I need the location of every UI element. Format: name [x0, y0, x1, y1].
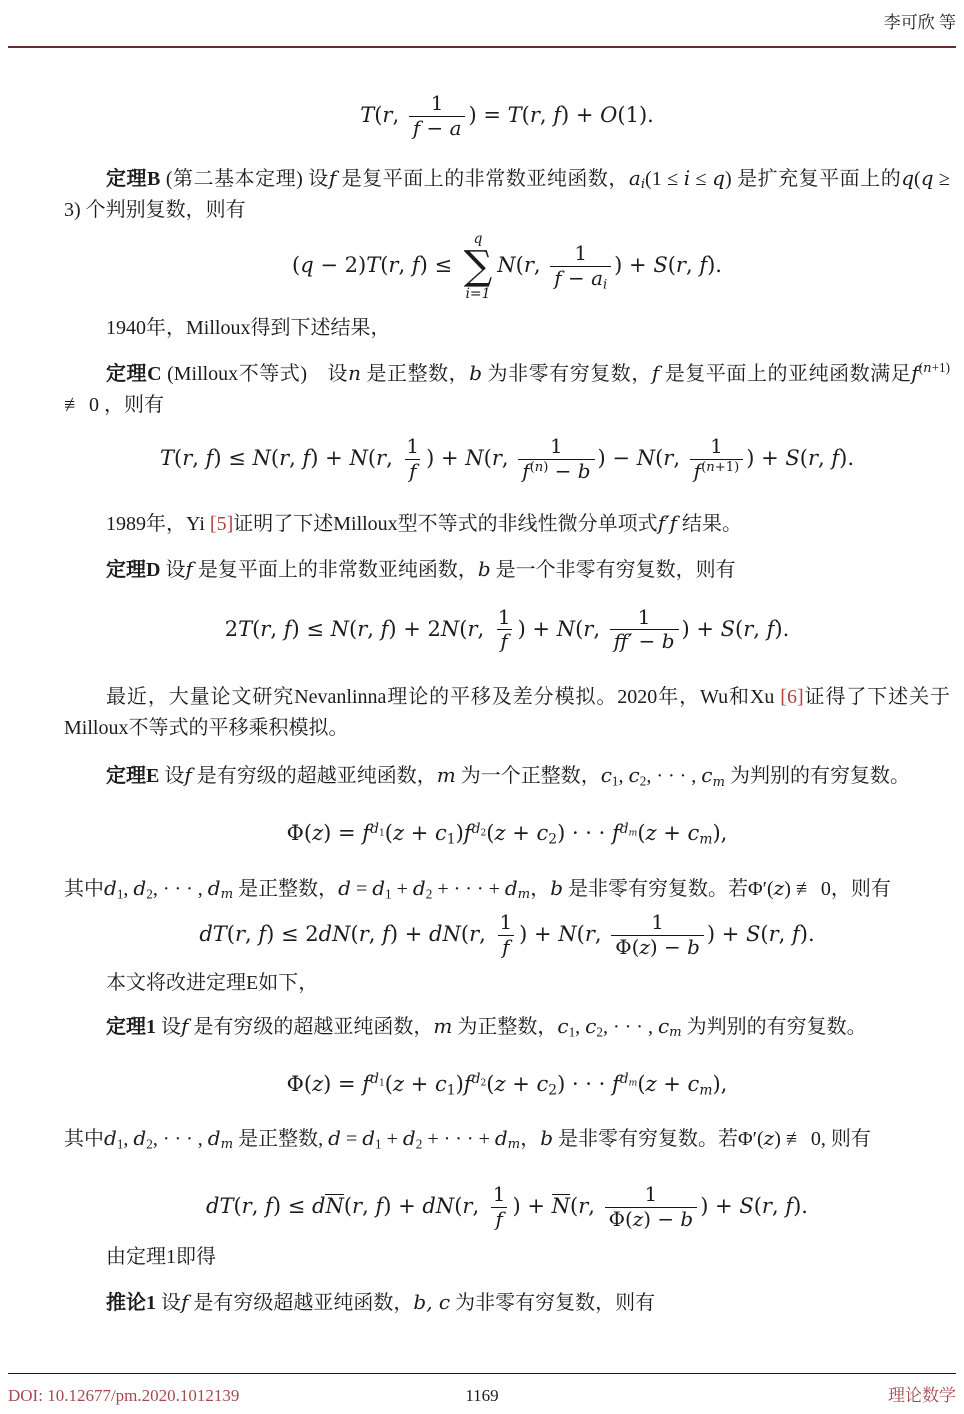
- text-run: 是有穷级的超越亚纯函数，: [188, 1016, 433, 1038]
- text-run: 其中: [64, 878, 104, 900]
- math-variable: dN: [429, 922, 461, 946]
- numerator: 1: [647, 911, 668, 935]
- text-run: ,: [593, 616, 606, 640]
- subscript: 2: [548, 832, 557, 848]
- subscript: m: [221, 1136, 234, 1151]
- subscript: 1: [612, 774, 619, 789]
- math-variable: f: [464, 1072, 472, 1096]
- text-run: ，: [520, 1128, 540, 1150]
- math-variable: d: [208, 876, 221, 900]
- math-variable: f: [501, 629, 508, 653]
- subscript: 1: [375, 1136, 382, 1151]
- text-run: +: [382, 1128, 403, 1150]
- math-variable: c: [536, 1072, 548, 1096]
- math-variable: z: [774, 876, 785, 900]
- math-variable: f: [184, 763, 191, 787]
- formula-theorem-1: dT(r, f) ≤ dN(r, f) + dN(r, 1f) + N(r, 1…: [64, 1183, 950, 1232]
- denominator: f: [491, 1207, 506, 1232]
- text-run: 是复平面上的非常数亚纯函数，: [193, 559, 478, 581]
- text-run: 1: [375, 1136, 382, 1151]
- math-variable: b: [550, 876, 563, 900]
- fraction: 1f: [402, 435, 423, 484]
- text-run: (: [484, 446, 492, 470]
- text-run: ≢ 0 ，则有: [64, 394, 164, 416]
- text-run: ,: [540, 103, 553, 127]
- fraction: 1Φ(z) − b: [611, 911, 704, 960]
- text-run: (Milloux不等式) 设: [162, 363, 349, 385]
- text-run: 是正整数，: [233, 878, 338, 900]
- text-run: 2: [146, 886, 153, 901]
- text-run: (: [754, 1194, 762, 1218]
- math-variable: T: [508, 103, 522, 127]
- text-run: 是一个非零有穷复数，则有: [491, 559, 736, 581]
- paragraph-where-conditions-1: 其中d1, d2, · · · , dm 是正整数，d = d1 + d2 + …: [64, 873, 950, 905]
- text-run: ,: [252, 1194, 265, 1218]
- math-variable: c: [601, 763, 612, 787]
- page-number: 1169: [422, 1386, 542, 1406]
- math-variable: r: [467, 616, 477, 640]
- math-variable: m: [629, 1078, 638, 1088]
- math-variable: f: [362, 1072, 370, 1096]
- subscript: m: [669, 1024, 682, 1039]
- fraction: 1f − a: [409, 92, 466, 141]
- paragraph-theorem-b: 定理B (第二基本定理) 设f 是复平面上的非常数亚纯函数，ai(1 ≤ i ≤…: [64, 163, 950, 226]
- text-run: (: [233, 1194, 241, 1218]
- math-variable: f: [554, 266, 561, 290]
- text-run: 1: [447, 1082, 456, 1098]
- math-variable: m: [518, 887, 531, 902]
- math-variable: b: [469, 361, 482, 385]
- math-variable: r: [469, 922, 479, 946]
- math-variable: b: [478, 557, 491, 581]
- math-variable: b: [687, 935, 700, 959]
- text-run: −: [562, 266, 591, 290]
- math-variable: N: [637, 446, 655, 470]
- text-run: ) ≤ 2: [266, 922, 319, 946]
- math-variable: f: [911, 361, 918, 385]
- math-variable: r: [583, 616, 593, 640]
- text-run: 1: [651, 910, 664, 934]
- math-variable: d: [362, 1126, 375, 1150]
- math-variable: d: [338, 876, 351, 900]
- theorem-label: 定理1: [106, 1016, 156, 1038]
- math-variable: r: [769, 922, 779, 946]
- math-variable: f: [258, 922, 266, 946]
- math-variable: S: [739, 1194, 753, 1218]
- text-run: =: [341, 1128, 362, 1150]
- math-variable: N: [557, 616, 575, 640]
- text-run: ): [456, 821, 464, 845]
- math-variable: S: [721, 616, 735, 640]
- text-run: ,: [123, 878, 133, 900]
- superscript: d2: [472, 821, 487, 837]
- formula-milloux-inequality: T(r, f) ≤ N(r, f) + N(r, 1f) + N(r, 1f(n…: [64, 435, 950, 484]
- text-run: 设: [156, 1016, 181, 1038]
- math-variable: f′f: [658, 511, 677, 535]
- math-variable: N: [331, 616, 349, 640]
- formula-theorem-e: dT(r, f) ≤ 2dN(r, f) + dN(r, 1f) + N(r, …: [64, 911, 950, 960]
- text-run: +: [392, 878, 413, 900]
- denominator: f(n) − b: [518, 459, 594, 484]
- math-variable: n: [923, 361, 932, 376]
- math-variable: a: [629, 166, 641, 190]
- math-variable: d: [372, 876, 385, 900]
- text-run: 1989年，Yi: [106, 513, 210, 535]
- text-run: (第二基本定理) 设: [160, 168, 328, 190]
- text-run: ) =: [468, 103, 507, 127]
- numerator: 1: [495, 911, 516, 935]
- text-run: Φ(: [609, 1207, 633, 1231]
- subscript: 1: [385, 886, 392, 901]
- text-run: 是复平面上的非常数亚纯函数，: [336, 168, 629, 190]
- fraction: 1f(n) − b: [518, 435, 594, 484]
- math-variable: dT: [206, 1194, 233, 1218]
- text-run: ) −: [598, 446, 637, 470]
- text-run: ),: [712, 821, 727, 845]
- fraction: 1ff′ − b: [610, 606, 679, 655]
- text-run: ) =: [323, 821, 362, 845]
- paragraph-theorem-1: 定理1 设f 是有穷级的超越亚纯函数，m 为正整数，c1, c2, · · · …: [64, 1011, 950, 1043]
- math-variable: a: [450, 116, 462, 140]
- text-run: , · · · ,: [153, 878, 208, 900]
- math-variable: r: [663, 446, 673, 470]
- text-run: +: [506, 1072, 537, 1096]
- math-variable: r: [382, 103, 392, 127]
- text-run: 2: [225, 616, 238, 640]
- text-run: 1: [645, 1182, 658, 1206]
- text-run: 本文将改进定理E如下，: [106, 972, 318, 994]
- math-variable: r: [743, 616, 753, 640]
- math-variable: z: [494, 821, 505, 845]
- text-run: +: [506, 821, 537, 845]
- text-run: −: [548, 459, 577, 483]
- math-variable: d: [370, 821, 379, 837]
- math-variable: z: [646, 1072, 657, 1096]
- math-variable: z: [393, 821, 404, 845]
- math-variable: r: [462, 1194, 472, 1218]
- math-variable: r: [260, 616, 270, 640]
- math-variable: f: [185, 557, 192, 581]
- math-variable: d: [104, 876, 117, 900]
- theorem-label: 定理B: [106, 168, 160, 190]
- math-variable: m: [629, 828, 638, 838]
- text-run: (: [570, 1194, 578, 1218]
- text-run: ,: [362, 1194, 375, 1218]
- math-variable: i: [603, 277, 607, 292]
- math-variable: f: [612, 821, 620, 845]
- text-run: ，: [530, 878, 550, 900]
- math-variable: m: [433, 1014, 452, 1038]
- text-run: 为非零有穷复数，则有: [450, 1292, 655, 1314]
- math-variable: q: [712, 166, 725, 190]
- math-variable: f: [382, 922, 390, 946]
- math-variable: m: [508, 1137, 521, 1152]
- text-run: ≤: [690, 168, 712, 190]
- text-run: ).: [839, 446, 854, 470]
- numerator: 1: [494, 606, 515, 630]
- text-run: (: [349, 616, 357, 640]
- text-run: +: [404, 1072, 435, 1096]
- text-run: + · · · +: [422, 1128, 495, 1150]
- math-variable: c: [688, 821, 700, 845]
- math-variable: f: [409, 459, 416, 483]
- math-variable: m: [699, 832, 712, 848]
- math-variable: r: [352, 1194, 362, 1218]
- math-variable: r: [808, 446, 818, 470]
- fraction: 1f: [489, 1183, 510, 1232]
- fraction: 1f(n+1): [690, 435, 744, 484]
- text-run: ,: [534, 253, 547, 277]
- math-variable: r: [376, 446, 386, 470]
- text-run: (1 ≤: [645, 168, 684, 190]
- text-run: ,: [478, 616, 491, 640]
- math-variable: r: [676, 253, 686, 277]
- math-variable: f: [699, 253, 707, 277]
- math-variable: m: [221, 1137, 234, 1152]
- text-run: (: [522, 103, 530, 127]
- math-variable: c: [435, 821, 447, 845]
- text-run: 1: [493, 1182, 506, 1206]
- text-run: (: [577, 922, 585, 946]
- text-run: ) −: [643, 1207, 680, 1231]
- math-variable: a: [591, 266, 603, 290]
- math-variable: N: [349, 446, 367, 470]
- text-run: 1: [431, 91, 444, 115]
- text-run: 其中: [64, 1128, 104, 1150]
- text-run: Φ(: [615, 935, 639, 959]
- text-run: ,: [502, 446, 515, 470]
- text-run: (: [637, 1072, 645, 1096]
- paragraph-where-conditions-2: 其中d1, d2, · · · , dm 是正整数, d = d1 + d2 +…: [64, 1123, 950, 1155]
- text-run: ) +: [614, 253, 653, 277]
- subscript: m: [713, 774, 726, 789]
- math-variable: d: [495, 1126, 508, 1150]
- math-variable: q: [901, 166, 914, 190]
- text-run: +: [657, 821, 688, 845]
- text-run: −: [632, 629, 661, 653]
- text-run: (: [385, 1072, 393, 1096]
- text-run: 1: [638, 605, 651, 629]
- text-run: 是非零有穷复数。若Φ′(: [553, 1128, 764, 1150]
- text-run: (1).: [617, 103, 653, 127]
- math-variable: q: [921, 166, 934, 190]
- text-run: ) +: [746, 446, 785, 470]
- text-run: 1940年，Milloux得到下述结果，: [106, 317, 390, 339]
- text-run: ) ≤: [213, 446, 252, 470]
- denominator: Φ(z) − b: [611, 935, 704, 960]
- math-variable: r: [762, 1194, 772, 1218]
- text-run: (: [385, 821, 393, 845]
- math-variable: S: [653, 253, 667, 277]
- text-run: 2: [548, 1082, 557, 1098]
- text-run: 是有穷级超越亚纯函数，: [188, 1292, 413, 1314]
- text-run: 设: [159, 765, 184, 787]
- text-run: 1: [406, 434, 419, 458]
- text-run: , · · · ,: [603, 1016, 658, 1038]
- text-run: ,: [289, 446, 302, 470]
- text-run: 是正整数,: [233, 1128, 328, 1150]
- math-variable: c: [536, 821, 548, 845]
- fraction: 1Φ(z) − b: [605, 1183, 698, 1232]
- math-variable: z: [633, 1207, 644, 1231]
- text-run: ,: [619, 765, 629, 787]
- sum-lower-limit: i=1: [465, 287, 490, 301]
- paragraph-improve-theorem-e: 本文将改进定理E如下，: [64, 968, 950, 999]
- math-variable: r: [578, 1194, 588, 1218]
- paragraph-theorem-e: 定理E 设f 是有穷级的超越亚纯函数，m 为一个正整数，c1, c2, · · …: [64, 760, 950, 792]
- subscript: 2: [548, 1082, 557, 1098]
- text-run: ).: [793, 1194, 808, 1218]
- superscript: (n+1): [919, 360, 950, 375]
- math-variable: b: [578, 459, 591, 483]
- math-variable: z: [312, 821, 323, 845]
- overline-bar: N: [325, 1194, 343, 1217]
- text-run: ) +: [518, 616, 557, 640]
- text-run: 2: [548, 832, 557, 848]
- text-run: ,: [367, 616, 380, 640]
- text-run: ,: [392, 103, 405, 127]
- text-run: (: [800, 446, 808, 470]
- text-run: ) +: [383, 1194, 422, 1218]
- text-run: ,: [588, 1194, 601, 1218]
- math-variable: n: [706, 459, 714, 474]
- text-run: =: [351, 878, 372, 900]
- math-variable: T: [360, 103, 374, 127]
- math-variable: N: [253, 446, 271, 470]
- superscript: d2: [472, 1071, 487, 1087]
- citation-link[interactable]: [5]: [210, 513, 233, 535]
- page-body: T(r, 1f − a) = T(r, f) + O(1). 定理B (第二基本…: [64, 40, 950, 1319]
- text-run: ,: [369, 922, 382, 946]
- fraction: 1f: [495, 911, 516, 960]
- text-run: 1: [612, 774, 619, 789]
- paper-page: 李可欣 等 T(r, 1f − a) = T(r, f) + O(1). 定理B…: [0, 0, 964, 1414]
- text-run: Φ(: [287, 821, 312, 845]
- text-run: (: [760, 922, 768, 946]
- math-variable: f: [464, 821, 472, 845]
- text-run: 结果。: [677, 513, 742, 535]
- text-run: 1: [550, 434, 563, 458]
- math-variable: n: [535, 459, 543, 474]
- superscript: (n): [530, 459, 549, 474]
- math-variable: b: [680, 1207, 693, 1231]
- math-variable: d: [370, 1071, 379, 1087]
- text-run: 1: [710, 434, 723, 458]
- math-variable: r: [357, 616, 367, 640]
- denominator: f: [497, 629, 512, 654]
- superscript: (n+1): [701, 459, 739, 474]
- text-run: 为判别的有穷复数。: [682, 1016, 867, 1038]
- text-run: ) +: [682, 616, 721, 640]
- math-variable: c: [557, 1014, 568, 1038]
- formula-phi-definition-2: Φ(z) = fd1(z + c1)fd2(z + c2) · · · fdm(…: [64, 1071, 950, 1097]
- math-variable: b: [540, 1126, 553, 1150]
- text-run: ,: [673, 446, 686, 470]
- math-variable: c: [701, 763, 712, 787]
- math-variable: b, c: [413, 1290, 450, 1314]
- doi-text: DOI: 10.12677/pm.2020.1012139: [8, 1386, 422, 1406]
- text-run: + · · · +: [432, 878, 505, 900]
- text-run: (: [516, 253, 524, 277]
- text-run: 2: [146, 1136, 153, 1151]
- text-run: ): [456, 1072, 464, 1096]
- math-variable: d: [328, 1126, 341, 1150]
- math-variable: d: [620, 821, 629, 837]
- math-variable: f: [362, 821, 370, 845]
- math-variable: m: [713, 775, 726, 790]
- formula-first-fundamental: T(r, 1f − a) = T(r, f) + O(1).: [64, 92, 950, 141]
- math-variable: N: [558, 922, 576, 946]
- math-variable: c: [585, 1014, 596, 1038]
- fraction: 1f − ai: [550, 242, 611, 291]
- text-run: ) ≤: [291, 616, 330, 640]
- text-run: (: [914, 168, 921, 190]
- math-variable: q: [300, 253, 313, 277]
- text-run: ,: [472, 1194, 485, 1218]
- math-variable: r: [359, 922, 369, 946]
- math-variable: r: [530, 103, 540, 127]
- text-run: −: [420, 116, 449, 140]
- citation-link[interactable]: [6]: [780, 686, 803, 708]
- text-run: 为非零有穷复数，: [482, 363, 652, 385]
- overline-bar: N: [552, 1194, 570, 1217]
- text-run: (: [292, 253, 300, 277]
- text-run: ,: [575, 1016, 585, 1038]
- subscript: 1: [447, 832, 456, 848]
- math-variable: r: [585, 922, 595, 946]
- text-run: ) · · ·: [557, 1072, 612, 1096]
- text-run: ,: [779, 922, 792, 946]
- subscript: i: [603, 277, 607, 292]
- math-variable: f: [694, 459, 701, 483]
- sigma-glyph: ∑: [464, 246, 493, 287]
- text-run: 是非零有穷复数。若Φ′(: [563, 878, 774, 900]
- text-run: (: [735, 616, 743, 640]
- math-variable: r: [182, 446, 192, 470]
- text-run: ,: [270, 616, 283, 640]
- text-run: ) +: [512, 1194, 551, 1218]
- text-run: ) +: [390, 922, 429, 946]
- text-run: ) +: [310, 446, 349, 470]
- math-variable: f: [522, 459, 529, 483]
- paragraph-theorem-d: 定理D 设f 是复平面上的非常数亚纯函数，b 是一个非零有穷复数，则有: [64, 554, 950, 586]
- text-run: ,: [772, 1194, 785, 1218]
- subscript: 2: [146, 1136, 153, 1151]
- subscript: m: [629, 1078, 638, 1088]
- math-variable: r: [524, 253, 534, 277]
- math-variable: f: [831, 446, 839, 470]
- text-run: ) 是扩充复平面上的: [725, 168, 901, 190]
- text-run: ) ≤: [420, 253, 459, 277]
- text-run: (: [351, 922, 359, 946]
- denominator: f: [498, 935, 513, 960]
- math-variable: d: [413, 876, 426, 900]
- math-variable: dN: [422, 1194, 454, 1218]
- text-run: ) +: [561, 103, 600, 127]
- text-run: ,: [386, 446, 399, 470]
- text-run: ) +: [707, 922, 746, 946]
- math-variable: d: [505, 876, 518, 900]
- fraction: 1f: [494, 606, 515, 655]
- math-variable: N: [497, 253, 515, 277]
- denominator: f − ai: [550, 266, 611, 291]
- superscript: d1: [370, 1071, 385, 1087]
- text-run: (: [344, 1194, 352, 1218]
- math-variable: f: [502, 935, 509, 959]
- text-run: +: [404, 821, 435, 845]
- paragraph-corollary-intro: 由定理1即得: [64, 1242, 950, 1273]
- math-variable: c: [435, 1072, 447, 1096]
